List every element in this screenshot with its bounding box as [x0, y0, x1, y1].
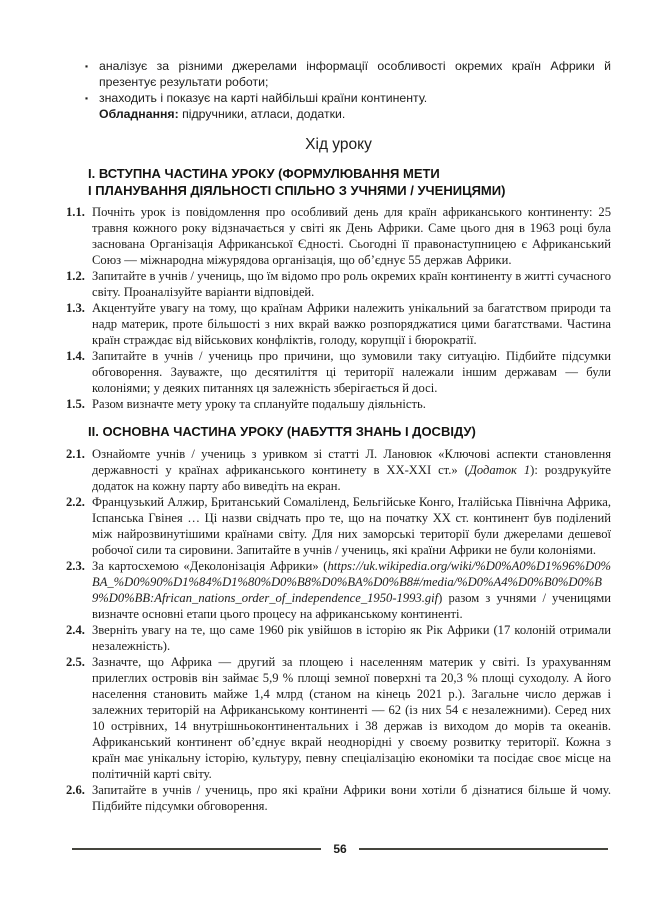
page-content: ▪аналізує за різними джерелами інформаці… — [66, 58, 611, 814]
step-number: 2.6. — [66, 782, 92, 814]
step-text-main: Почніть урок із повідомлення про особлив… — [92, 205, 611, 267]
section-2-heading-line-1: ІІ. ОСНОВНА ЧАСТИНА УРОКУ (НАБУТТЯ ЗНАНЬ… — [88, 424, 611, 441]
step-text-main: Зазначте, що Африка — другий за площею і… — [92, 655, 611, 781]
step-number: 2.1. — [66, 446, 92, 494]
step-text: Зазначте, що Африка — другий за площею і… — [92, 654, 611, 782]
section-2-steps: 2.1. Ознайомте учнів / учениць з уривком… — [66, 446, 611, 814]
step-text-main: Запитайте в учнів / учениць про причини,… — [92, 349, 611, 395]
step-number: 2.4. — [66, 622, 92, 654]
appendix-reference: Додаток 1 — [469, 463, 530, 477]
step-text-main: Разом визначте мету уроку та сплануйте п… — [92, 397, 426, 411]
section-1-heading-line-1: І. ВСТУПНА ЧАСТИНА УРОКУ (ФОРМУЛЮВАННЯ М… — [88, 166, 611, 183]
equipment-line: Обладнання: підручники, атласи, додатки. — [99, 106, 611, 122]
lesson-step-1-2: 1.2. Запитайте в учнів / учениць, що їм … — [66, 268, 611, 300]
lesson-step-1-1: 1.1. Почніть урок із повідомлення про ос… — [66, 204, 611, 268]
step-number: 1.3. — [66, 300, 92, 348]
step-text-main: Французький Алжир, Британський Сомалілен… — [92, 495, 611, 557]
page-number: 56 — [333, 842, 346, 856]
list-item: ▪знаходить і показує на карті найбільші … — [99, 90, 611, 106]
step-number: 1.4. — [66, 348, 92, 396]
lesson-step-2-5: 2.5. Зазначте, що Африка — другий за пло… — [66, 654, 611, 782]
step-text: Запитайте в учнів / учениць про причини,… — [92, 348, 611, 396]
footer-rule-right — [359, 848, 608, 850]
step-text-main: За картосхемою «Деколонізація Африки» ( — [92, 559, 327, 573]
step-text: Акцентуйте увагу на тому, що країнам Афр… — [92, 300, 611, 348]
lesson-flow-heading: Хід уроку — [66, 136, 611, 154]
page-footer: 56 — [72, 842, 608, 856]
step-text-main: Запитайте в учнів / учениць, що їм відом… — [92, 269, 611, 299]
lesson-step-2-3: 2.3. За картосхемою «Деколонізація Африк… — [66, 558, 611, 622]
step-text: Разом визначте мету уроку та сплануйте п… — [92, 396, 611, 412]
step-number: 2.3. — [66, 558, 92, 622]
lesson-step-2-4: 2.4. Зверніть увагу на те, що саме 1960 … — [66, 622, 611, 654]
lesson-step-2-2: 2.2. Французький Алжир, Британський Сома… — [66, 494, 611, 558]
step-text: Французький Алжир, Британський Сомалілен… — [92, 494, 611, 558]
step-text: Зверніть увагу на те, що саме 1960 рік у… — [92, 622, 611, 654]
step-text: Запитайте в учнів / учениць, що їм відом… — [92, 268, 611, 300]
step-text-main: Запитайте в учнів / учениць, про які кра… — [92, 783, 611, 813]
step-number: 1.1. — [66, 204, 92, 268]
section-1-heading: І. ВСТУПНА ЧАСТИНА УРОКУ (ФОРМУЛЮВАННЯ М… — [88, 166, 611, 199]
step-text: Почніть урок із повідомлення про особлив… — [92, 204, 611, 268]
step-text-main: Зверніть увагу на те, що саме 1960 рік у… — [92, 623, 611, 653]
step-number: 2.2. — [66, 494, 92, 558]
section-1-heading-line-2: І ПЛАНУВАННЯ ДІЯЛЬНОСТІ СПІЛЬНО З УЧНЯМИ… — [88, 183, 611, 200]
bullet-text: знаходить і показує на карті найбільші к… — [99, 91, 427, 105]
footer-rule-left — [72, 848, 321, 850]
square-bullet-icon: ▪ — [85, 58, 99, 74]
step-text: За картосхемою «Деколонізація Африки» (h… — [92, 558, 611, 622]
step-number: 1.2. — [66, 268, 92, 300]
equipment-text: підручники, атласи, додатки. — [179, 107, 346, 121]
lesson-step-2-6: 2.6. Запитайте в учнів / учениць, про як… — [66, 782, 611, 814]
equipment-label: Обладнання: — [99, 107, 179, 121]
step-text: Запитайте в учнів / учениць, про які кра… — [92, 782, 611, 814]
section-2-heading: ІІ. ОСНОВНА ЧАСТИНА УРОКУ (НАБУТТЯ ЗНАНЬ… — [88, 424, 611, 441]
step-text-main: Акцентуйте увагу на тому, що країнам Афр… — [92, 301, 611, 347]
step-text: Ознайомте учнів / учениць з уривком зі с… — [92, 446, 611, 494]
square-bullet-icon: ▪ — [85, 90, 99, 106]
step-number: 1.5. — [66, 396, 92, 412]
lesson-step-2-1: 2.1. Ознайомте учнів / учениць з уривком… — [66, 446, 611, 494]
bullet-text: аналізує за різними джерелами інформації… — [99, 59, 611, 89]
list-item: ▪аналізує за різними джерелами інформаці… — [99, 58, 611, 90]
lesson-step-1-3: 1.3. Акцентуйте увагу на тому, що країна… — [66, 300, 611, 348]
lesson-step-1-4: 1.4. Запитайте в учнів / учениць про при… — [66, 348, 611, 396]
competency-bullet-list: ▪аналізує за різними джерелами інформаці… — [66, 58, 611, 122]
section-1-steps: 1.1. Почніть урок із повідомлення про ос… — [66, 204, 611, 412]
book-page: ▪аналізує за різними джерелами інформаці… — [0, 0, 650, 900]
lesson-step-1-5: 1.5. Разом визначте мету уроку та сплану… — [66, 396, 611, 412]
step-number: 2.5. — [66, 654, 92, 782]
